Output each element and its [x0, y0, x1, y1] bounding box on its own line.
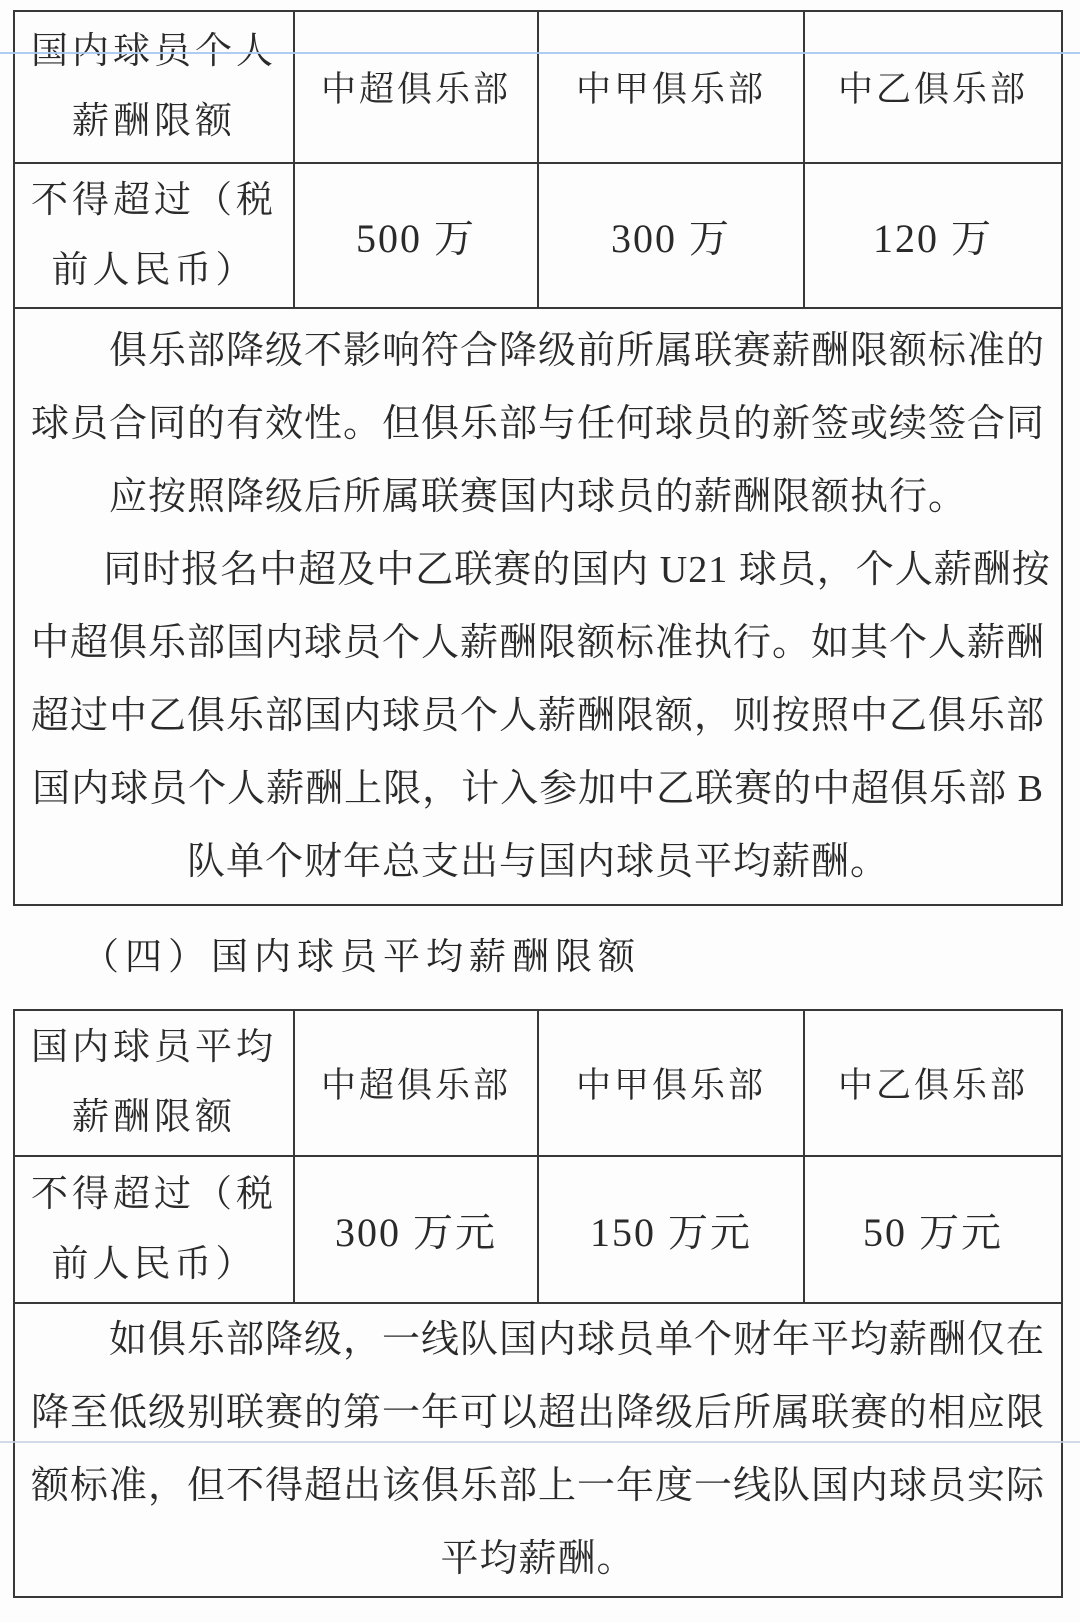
individual-value-super-league: 500 万	[294, 163, 538, 308]
average-salary-cap-table: 国内球员平均 薪酬限额 中超俱乐部 中甲俱乐部 中乙俱乐部 不得超过（税 前人民…	[13, 1009, 1063, 1598]
individual-note-paragraph-u21: 同时报名中超及中乙联赛的国内 U21 球员，个人薪酬按中超俱乐部国内球员个人薪酬…	[15, 534, 1061, 899]
average-value-league-two: 50 万元	[804, 1156, 1062, 1303]
average-table-title-line2: 薪酬限额	[15, 1083, 293, 1153]
average-limit-label-line2: 前人民币）	[15, 1230, 293, 1300]
individual-value-league-two: 120 万	[804, 163, 1062, 308]
average-table-title-cell: 国内球员平均 薪酬限额	[14, 1010, 294, 1156]
average-limit-label-line1: 不得超过（税	[15, 1160, 293, 1230]
individual-table-note-cell: 俱乐部降级不影响符合降级前所属联赛薪酬限额标准的球员合同的有效性。但俱乐部与任何…	[14, 308, 1062, 905]
individual-col-header-league-two: 中乙俱乐部	[804, 11, 1062, 163]
individual-salary-cap-table: 国内球员个人 薪酬限额 中超俱乐部 中甲俱乐部 中乙俱乐部 不得超过（税 前人民…	[13, 10, 1063, 906]
average-note-paragraph-relegation: 如俱乐部降级，一线队国内球员单个财年平均薪酬仅在降至低级别联赛的第一年可以超出降…	[15, 1304, 1061, 1596]
individual-col-header-league-one: 中甲俱乐部	[538, 11, 804, 163]
average-table-title-line1: 国内球员平均	[15, 1013, 293, 1083]
average-value-league-one: 150 万元	[538, 1156, 804, 1303]
average-col-header-league-one: 中甲俱乐部	[538, 1010, 804, 1156]
individual-value-league-one: 300 万	[538, 163, 804, 308]
individual-table-title-cell: 国内球员个人 薪酬限额	[14, 11, 294, 163]
average-col-header-super-league: 中超俱乐部	[294, 1010, 538, 1156]
individual-limit-label-line2: 前人民币）	[15, 236, 293, 306]
average-table-note-cell: 如俱乐部降级，一线队国内球员单个财年平均薪酬仅在降至低级别联赛的第一年可以超出降…	[14, 1303, 1062, 1597]
average-table-values-row: 不得超过（税 前人民币） 300 万元 150 万元 50 万元	[14, 1156, 1062, 1303]
individual-table-title-line2: 薪酬限额	[15, 87, 293, 157]
average-limit-label-cell: 不得超过（税 前人民币）	[14, 1156, 294, 1303]
individual-table-note-row: 俱乐部降级不影响符合降级前所属联赛薪酬限额标准的球员合同的有效性。但俱乐部与任何…	[14, 308, 1062, 905]
individual-limit-label-line1: 不得超过（税	[15, 166, 293, 236]
average-table-header-row: 国内球员平均 薪酬限额 中超俱乐部 中甲俱乐部 中乙俱乐部	[14, 1010, 1062, 1156]
individual-table-header-row: 国内球员个人 薪酬限额 中超俱乐部 中甲俱乐部 中乙俱乐部	[14, 11, 1062, 163]
individual-limit-label-cell: 不得超过（税 前人民币）	[14, 163, 294, 308]
section-heading: （四）国内球员平均薪酬限额	[82, 933, 1080, 983]
average-col-header-league-two: 中乙俱乐部	[804, 1010, 1062, 1156]
average-value-super-league: 300 万元	[294, 1156, 538, 1303]
individual-table-values-row: 不得超过（税 前人民币） 500 万 300 万 120 万	[14, 163, 1062, 308]
individual-note-paragraph-relegation: 俱乐部降级不影响符合降级前所属联赛薪酬限额标准的球员合同的有效性。但俱乐部与任何…	[15, 315, 1061, 534]
individual-col-header-super-league: 中超俱乐部	[294, 11, 538, 163]
scanned-document-page: 国内球员个人 薪酬限额 中超俱乐部 中甲俱乐部 中乙俱乐部 不得超过（税 前人民…	[0, 0, 1080, 1623]
individual-table-title-line1: 国内球员个人	[15, 17, 293, 87]
average-table-note-row: 如俱乐部降级，一线队国内球员单个财年平均薪酬仅在降至低级别联赛的第一年可以超出降…	[14, 1303, 1062, 1597]
